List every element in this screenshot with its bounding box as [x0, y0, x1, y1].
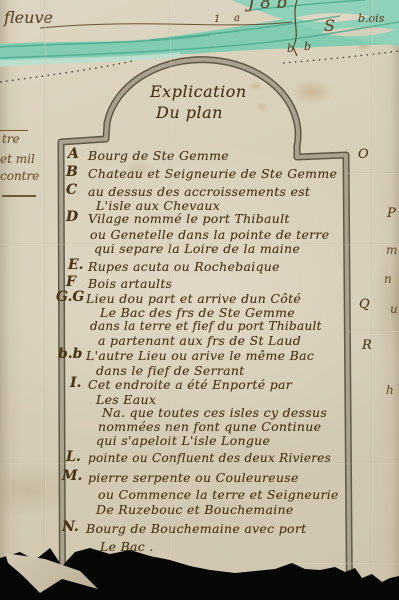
legend-entry-line: au dessus des accroissements est	[88, 184, 310, 199]
entry-key: N.	[62, 519, 79, 535]
vertical-fold	[169, 0, 172, 600]
horizontal-fold	[0, 243, 399, 246]
horizontal-fold	[348, 172, 399, 175]
manuscript-page: fleuve a J 8 b S b.ois 1 b b tre et mil …	[0, 0, 399, 600]
legend-entry-line: De Ruzebouc et Bouchemaine	[96, 502, 294, 517]
entry-key: C	[66, 182, 77, 198]
legend-entry-line: pierre serpente ou Couleureuse	[88, 470, 299, 485]
left-margin-fragment: et mil	[0, 152, 35, 166]
legend-title-line2: Du plan	[156, 103, 223, 122]
margin-rule	[0, 130, 28, 131]
right-margin-letter: O	[358, 147, 369, 162]
map-annotation: 1	[214, 14, 220, 25]
legend-entry-line: dans la terre et fief du port Thibault	[90, 319, 322, 333]
legend-entry-line: Bois artaults	[88, 276, 172, 291]
entry-key: M.	[62, 468, 82, 484]
legend-entry-line: Na. que toutes ces isles cy dessus	[102, 405, 327, 420]
legend-entry-line: Lieu dou part et arrive dun Côté	[86, 291, 301, 306]
right-margin-letter: P	[387, 206, 396, 221]
entry-key: B	[66, 164, 78, 180]
entry-key: D	[66, 209, 78, 225]
manuscript-scan: { "colors": { "paper": "#d8cfba", "ink":…	[0, 0, 399, 600]
legend-entry-line: ou Commence la terre et Seigneurie	[98, 487, 339, 502]
horizontal-fold	[348, 330, 399, 333]
legend-entry-line: nommées nen font qune Continue	[98, 419, 321, 434]
legend-title-line1: Explication	[150, 82, 247, 101]
legend-entry-line: Le Bac .	[100, 539, 154, 554]
left-margin-fragment: tre	[2, 132, 20, 146]
legend-entry-line: Bourg de Bouchemaine avec port	[86, 521, 306, 536]
entry-key: G.G	[56, 289, 84, 305]
right-margin-fragment: h	[386, 383, 394, 397]
right-margin-fragment: n	[384, 272, 392, 286]
margin-rule	[2, 195, 36, 197]
horizontal-fold	[0, 462, 399, 465]
horizontal-fold	[295, 562, 399, 565]
legend-entry-line: Rupes acuta ou Rochebaique	[88, 259, 280, 274]
legend-entry-line: Vilage nommé le port Thibault	[88, 211, 290, 226]
legend-entry-line: qui s'apeloit L'isle Longue	[96, 433, 270, 448]
map-annotation: a	[234, 13, 240, 24]
legend-entry-line: Le Bac des frs de Ste Gemme	[100, 305, 295, 320]
legend-entry-line: a partenant aux frs de St Laud	[98, 333, 301, 348]
vertical-fold	[371, 0, 374, 600]
entry-key: A	[68, 146, 79, 162]
right-margin-letter: Q	[359, 297, 370, 312]
legend-entry-line: ou Genetelle dans la pointe de terre	[90, 227, 329, 242]
legend-entry-line: Bourg de Ste Gemme	[88, 148, 229, 163]
vertical-fold	[44, 0, 47, 600]
entry-key: I.	[70, 375, 81, 391]
map-annotation: b	[304, 40, 311, 53]
left-margin-fragment: contre	[0, 169, 39, 183]
map-annotation: J 8 b	[248, 0, 287, 13]
entry-key: F	[66, 274, 76, 290]
legend-entry-line: Cet endroite a été Enporté par	[88, 377, 292, 392]
entry-key: E.	[68, 257, 84, 273]
legend-entry-line: L'autre Lieu ou arive le même Bac	[86, 348, 314, 363]
map-annotation: S	[324, 16, 335, 35]
legend-entry-line: Chateau et Seigneurie de Ste Gemme	[88, 166, 337, 181]
right-margin-fragment: u	[390, 302, 398, 316]
entry-key: b.b	[58, 346, 82, 362]
map-annotation: b	[287, 42, 294, 55]
